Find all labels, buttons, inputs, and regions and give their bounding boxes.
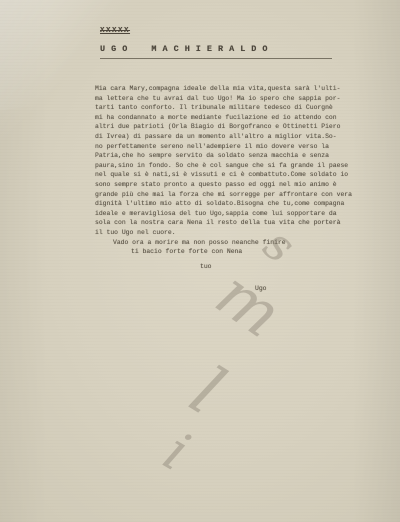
letter-line: tarti tanto conforto. Il tribunale milit…	[95, 103, 351, 113]
scanned-letter-page: XXXXX UGO MACHIERALDO Mia cara Mary,comp…	[0, 0, 400, 522]
letter-line: sono sempre stato pronto a questo passo …	[95, 180, 351, 190]
letter-line: ideale e meravigliosa del tuo Ugo,sappia…	[95, 209, 351, 219]
watermark-scribble-glyph: l	[177, 352, 237, 431]
closing-line-2: ti bacio forte forte con Nena	[131, 247, 351, 257]
letter-line: ma lettera che tu avrai dal tuo Ugo! Ma …	[95, 94, 351, 104]
letter-line: sola con la nostra cara Nena il resto de…	[95, 218, 351, 228]
letter-line: altri due patrioti (Orla Biagio di Borgo…	[95, 122, 351, 132]
valediction: tuo	[200, 262, 351, 272]
typed-strikeout-marks: XXXXX	[100, 27, 130, 35]
letter-line: di Ivrea) di passare da un momento all'a…	[95, 132, 351, 142]
letter-line: il tuo Ugo nel cuore.	[95, 228, 351, 238]
letter-line: dignità l'ultimo mio atto di soldato.Bis…	[95, 199, 351, 209]
letter-line: paura,sino in fondo. So che è col sangue…	[95, 161, 351, 171]
closing-line-1: Vado ora a morire ma non posso neanche f…	[113, 238, 351, 248]
letter-line: Mia cara Mary,compagna ideale della mia …	[95, 84, 351, 94]
letter-line: mi ha condannato a morte mediante fucila…	[95, 113, 351, 123]
letter-line: Patria,che ho sempre servito da soldato …	[95, 151, 351, 161]
signature: Ugo	[255, 284, 351, 294]
letter-body: Mia cara Mary,compagna ideale della mia …	[95, 84, 351, 294]
letter-line: no perfettamente sereno nell'adempiere i…	[95, 142, 351, 152]
letter-line: grande più che mai la forza che mi sorre…	[95, 190, 351, 200]
letter-line: nel quale si è nati,si è vissuti e ci è …	[95, 170, 351, 180]
letter-author-title: UGO MACHIERALDO	[100, 44, 332, 59]
watermark-scribble-glyph: i	[153, 420, 199, 483]
